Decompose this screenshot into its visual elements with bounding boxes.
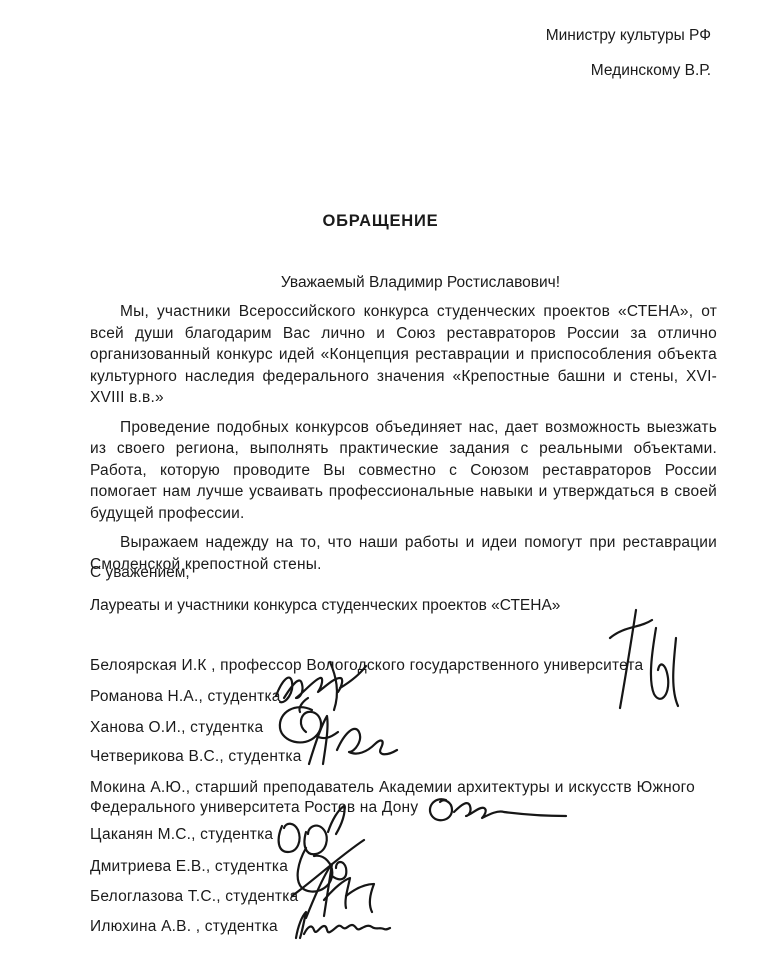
closing-signatories-label: Лауреаты и участники конкурса студенческ… bbox=[90, 597, 560, 615]
letter-title: ОБРАЩЕНИЕ bbox=[0, 212, 761, 231]
signatory-row: Белоглазова Т.С., студентка bbox=[90, 887, 717, 907]
recipient-address: Министру культуры РФ Мединскому В.Р. bbox=[546, 27, 711, 97]
signatory-name-5: Мокина А.Ю., старший преподаватель Акаде… bbox=[90, 779, 695, 816]
signatory-name-3: Ханова О.И., студентка bbox=[90, 719, 263, 736]
signatory-row: Белоярская И.К , профессор Вологодского … bbox=[90, 656, 717, 676]
signatory-row: Цаканян М.С., студентка bbox=[90, 825, 717, 845]
signatory-row: Дмитриева Е.В., студентка bbox=[90, 857, 717, 877]
letter-closing: С уважением, Лауреаты и участники конкур… bbox=[90, 564, 560, 615]
letter-document: Министру культуры РФ Мединскому В.Р. ОБР… bbox=[0, 0, 761, 959]
recipient-line-1: Министру культуры РФ bbox=[546, 27, 711, 45]
signatory-name-2: Романова Н.А., студентка bbox=[90, 688, 281, 705]
signatory-name-6: Цаканян М.С., студентка bbox=[90, 826, 273, 843]
signatory-name-1: Белоярская И.К , профессор Вологодского … bbox=[90, 657, 643, 674]
signatory-name-9: Илюхина А.В. , студентка bbox=[90, 918, 278, 935]
letter-paragraph-2: Проведение подобных конкурсов объединяет… bbox=[90, 417, 717, 525]
closing-regards: С уважением, bbox=[90, 564, 560, 582]
signatory-name-4: Четверикова В.С., студентка bbox=[90, 748, 302, 765]
signatory-row: Романова Н.А., студентка bbox=[90, 687, 717, 707]
letter-salutation: Уважаемый Владимир Ростиславович! bbox=[80, 274, 761, 292]
signatory-row: Мокина А.Ю., старший преподаватель Акаде… bbox=[90, 778, 695, 818]
letter-paragraph-1: Мы, участники Всероссийского конкурса ст… bbox=[90, 301, 717, 409]
signatory-name-7: Дмитриева Е.В., студентка bbox=[90, 858, 288, 875]
letter-body: Мы, участники Всероссийского конкурса ст… bbox=[90, 301, 717, 583]
signatory-row: Илюхина А.В. , студентка bbox=[90, 917, 717, 937]
recipient-line-2: Мединскому В.Р. bbox=[546, 62, 711, 80]
signatory-row: Четверикова В.С., студентка bbox=[90, 747, 717, 767]
signatory-row: Ханова О.И., студентка bbox=[90, 718, 717, 738]
signatory-name-8: Белоглазова Т.С., студентка bbox=[90, 888, 298, 905]
